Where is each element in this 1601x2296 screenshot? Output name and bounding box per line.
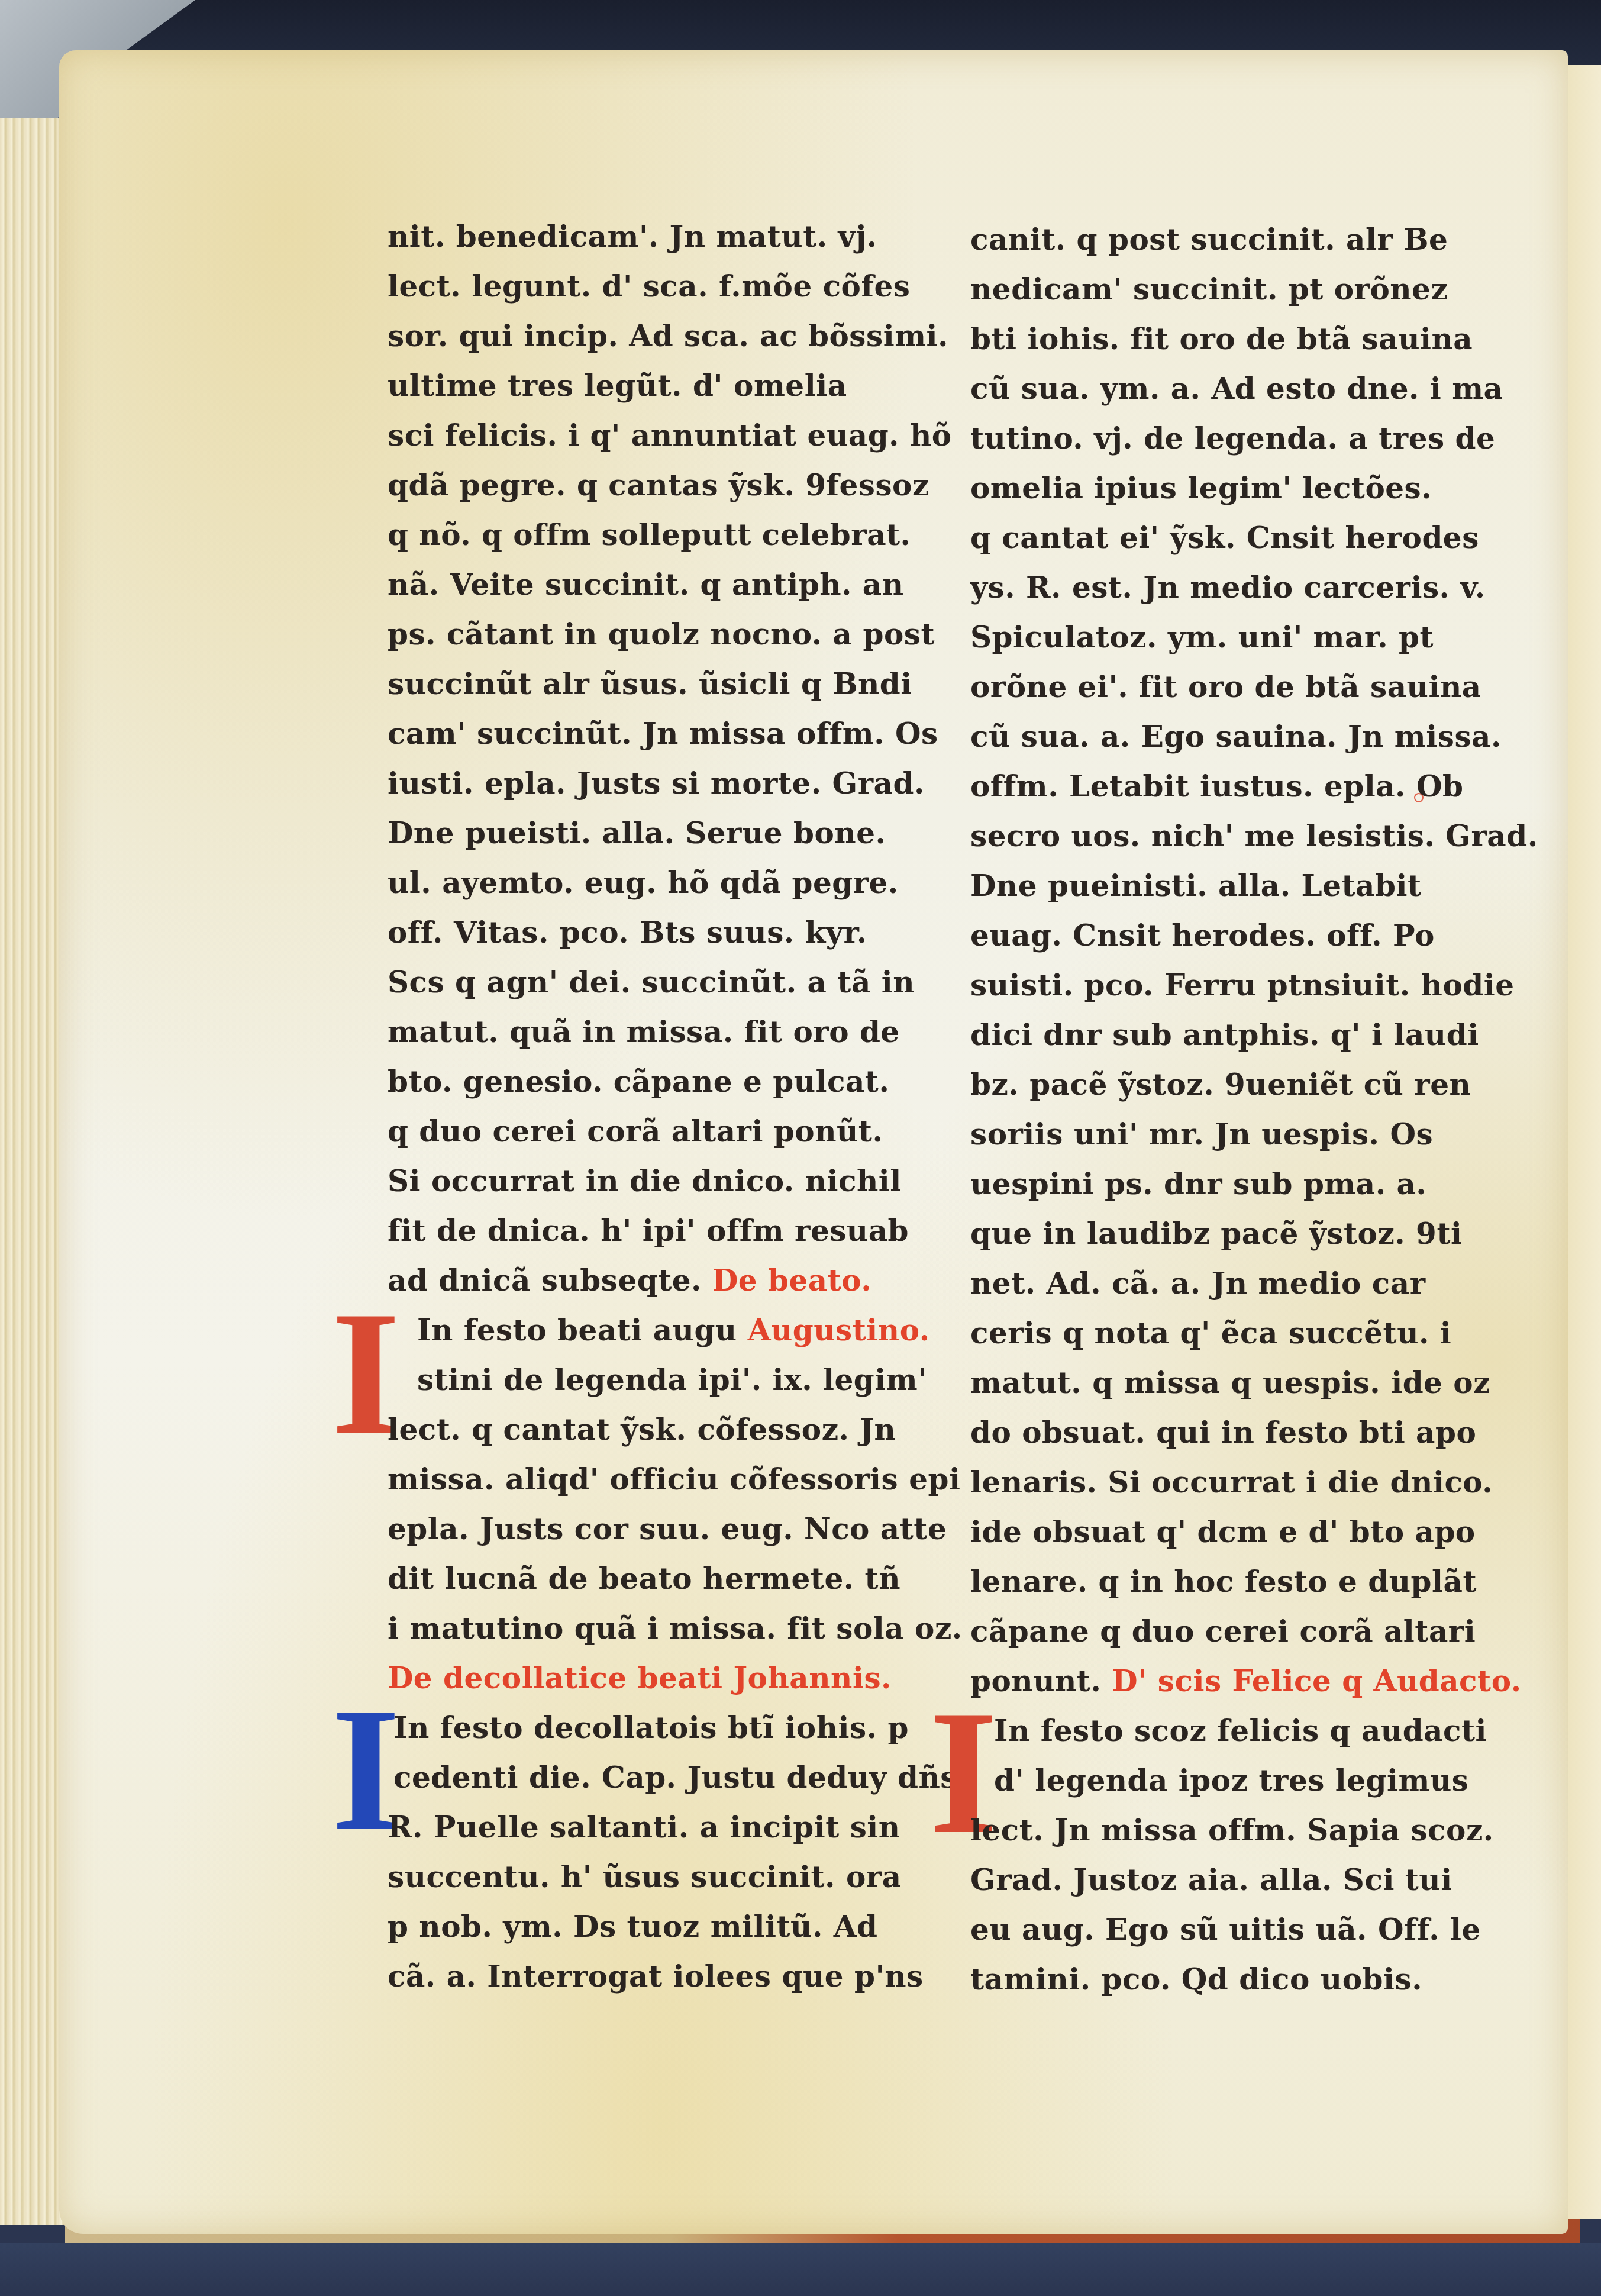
- text-line: bto. genesio. cãpane e pulcat.: [388, 1064, 889, 1099]
- text-line: ceris q nota q' ẽca succẽtu. i: [970, 1315, 1451, 1351]
- stacked-page-edges: [0, 118, 66, 2225]
- text-line: secro uos. nich' me lesistis. Grad.: [970, 818, 1538, 854]
- text-line: i matutino quã i missa. fit sola oz.: [388, 1611, 963, 1646]
- text-line: lect. Jn missa offm. Sapia scoz.: [970, 1813, 1494, 1848]
- text-line: epla. Justs cor suu. eug. Nco atte: [388, 1511, 947, 1547]
- text-line: q duo cerei corã altari ponũt.: [388, 1114, 883, 1149]
- text-line: In festo scoz felicis q audacti: [994, 1713, 1487, 1749]
- text-line: tamini. pco. Qd dico uobis.: [970, 1962, 1422, 1997]
- text-line: Dne pueinisti. alla. Letabit: [970, 868, 1422, 904]
- text-line: ponunt. D' scis Felice q Audacto.: [970, 1663, 1522, 1699]
- rubric-heading: De decollatice beati Johannis.: [388, 1660, 892, 1696]
- text-line: matut. q missa q uespis. ide oz: [970, 1365, 1490, 1401]
- text-line: In festo decollatois btĩ iohis. p: [393, 1710, 909, 1746]
- text-line: sor. qui incip. Ad sca. ac bõssimi.: [388, 318, 948, 354]
- text-line: p nob. ym. Ds tuoz militũ. Ad: [388, 1909, 878, 1944]
- text-line: lenare. q in hoc festo e duplãt: [970, 1564, 1477, 1600]
- text-line: Scs q agn' dei. succinũt. a tã in: [388, 965, 915, 1000]
- text-line: ultime tres legũt. d' omelia: [388, 368, 847, 404]
- text-line: dit lucnã de beato hermete. tñ: [388, 1561, 900, 1597]
- rubric-heading: De beato.: [712, 1263, 871, 1298]
- rubric-heading: Augustino.: [748, 1313, 930, 1347]
- text-line: ps. cãtant in quolz nocno. a post: [388, 617, 935, 652]
- text-line: iusti. epla. Justs si morte. Grad.: [388, 766, 925, 801]
- text-line: d' legenda ipoz tres legimus: [994, 1763, 1468, 1798]
- text-line: cã. a. Interrogat iolees que p'ns: [388, 1959, 924, 1994]
- text-line: lect. legunt. d' sca. f.mõe cõfes: [388, 269, 910, 304]
- text-line: ad dnicã subseqte. De beato.: [388, 1263, 871, 1298]
- backdrop-bottom: [0, 2243, 1601, 2296]
- text-line: cãpane q duo cerei corã altari: [970, 1614, 1476, 1649]
- text-fragment: ad dnicã subseqte.: [388, 1263, 702, 1298]
- text-line: sci felicis. i q' annuntiat euag. hõ: [388, 418, 952, 453]
- text-line: succentu. h' ũsus succinit. ora: [388, 1859, 902, 1895]
- text-line: R. Puelle saltanti. a incipit sin: [388, 1810, 900, 1845]
- text-line: Dne pueisti. alla. Serue bone.: [388, 815, 886, 851]
- text-line: ul. ayemto. eug. hõ qdã pegre.: [388, 865, 899, 901]
- text-line: ide obsuat q' dcm e d' bto apo: [970, 1514, 1476, 1550]
- text-line: dici dnr sub antphis. q' i laudi: [970, 1017, 1479, 1053]
- text-line: q cantat ei' ỹsk. Cnsit herodes: [970, 520, 1479, 556]
- text-line: net. Ad. cã. a. Jn medio car: [970, 1266, 1426, 1301]
- text-line: do obsuat. qui in festo bti apo: [970, 1415, 1476, 1450]
- text-fragment: In festo beati augu: [417, 1313, 737, 1347]
- text-line: suisti. pco. Ferru ptnsiuit. hodie: [970, 968, 1515, 1003]
- text-line: lenaris. Si occurrat i die dnico.: [970, 1465, 1493, 1500]
- text-line: soriis uni' mr. Jn uespis. Os: [970, 1117, 1433, 1152]
- text-line: cũ sua. ym. a. Ad esto dne. i ma: [970, 371, 1503, 407]
- text-line: bz. pacẽ ỹstoz. 9ueniẽt cũ ren: [970, 1067, 1471, 1102]
- text-line: bti iohis. fit oro de btã sauina: [970, 321, 1473, 357]
- text-line: cũ sua. a. Ego sauina. Jn missa.: [970, 719, 1502, 754]
- text-line: In festo beati augu Augustino.: [417, 1313, 930, 1348]
- text-line: cedenti die. Cap. Justu deduy dñs.: [393, 1760, 968, 1795]
- text-line: stini de legenda ipi'. ix. legim': [417, 1362, 927, 1398]
- text-line: Grad. Justoz aia. alla. Sci tui: [970, 1862, 1452, 1898]
- text-line: offm. Letabit iustus. epla. Ob: [970, 769, 1463, 804]
- text-line: Si occurrat in die dnico. nichil: [388, 1163, 902, 1199]
- text-line: nedicam' succinit. pt orõnez: [970, 272, 1448, 307]
- text-line: Spiculatoz. ym. uni' mar. pt: [970, 620, 1434, 655]
- text-line: cam' succinũt. Jn missa offm. Os: [388, 716, 938, 752]
- text-line: lect. q cantat ỹsk. cõfessoz. Jn: [388, 1412, 896, 1447]
- text-line: canit. q post succinit. alr Be: [970, 222, 1448, 257]
- text-line: que in laudibz pacẽ ỹstoz. 9ti: [970, 1216, 1463, 1252]
- text-line: omelia ipius legim' lectões.: [970, 470, 1432, 506]
- text-line: q nõ. q offm solleputt celebrat.: [388, 517, 911, 553]
- text-line: missa. aliqd' officiu cõfessoris epi: [388, 1462, 960, 1497]
- text-line: orõne ei'. fit oro de btã sauina: [970, 669, 1481, 705]
- text-line: matut. quã in missa. fit oro de: [388, 1014, 900, 1050]
- text-line: tutino. vj. de legenda. a tres de: [970, 421, 1495, 456]
- rubric-heading: D' scis Felice q Audacto.: [1112, 1663, 1521, 1698]
- text-line: eu aug. Ego sũ uitis uã. Off. le: [970, 1912, 1481, 1947]
- text-line: nit. benedicam'. Jn matut. vj.: [388, 219, 877, 254]
- text-line: succinũt alr ũsus. ũsicli q Bndi: [388, 666, 912, 702]
- text-line: fit de dnica. h' ipi' offm resuab: [388, 1213, 909, 1249]
- text-line: ys. R. est. Jn medio carceris. v.: [970, 570, 1486, 605]
- text-line: uespini ps. dnr sub pma. a.: [970, 1166, 1426, 1202]
- text-line: off. Vitas. pco. Bts suus. kyr.: [388, 915, 867, 950]
- text-line: nã. Veite succinit. q antiph. an: [388, 567, 904, 602]
- text-line: euag. Cnsit herodes. off. Po: [970, 918, 1435, 953]
- text-line: qdã pegre. q cantas ỹsk. 9fessoz: [388, 467, 929, 503]
